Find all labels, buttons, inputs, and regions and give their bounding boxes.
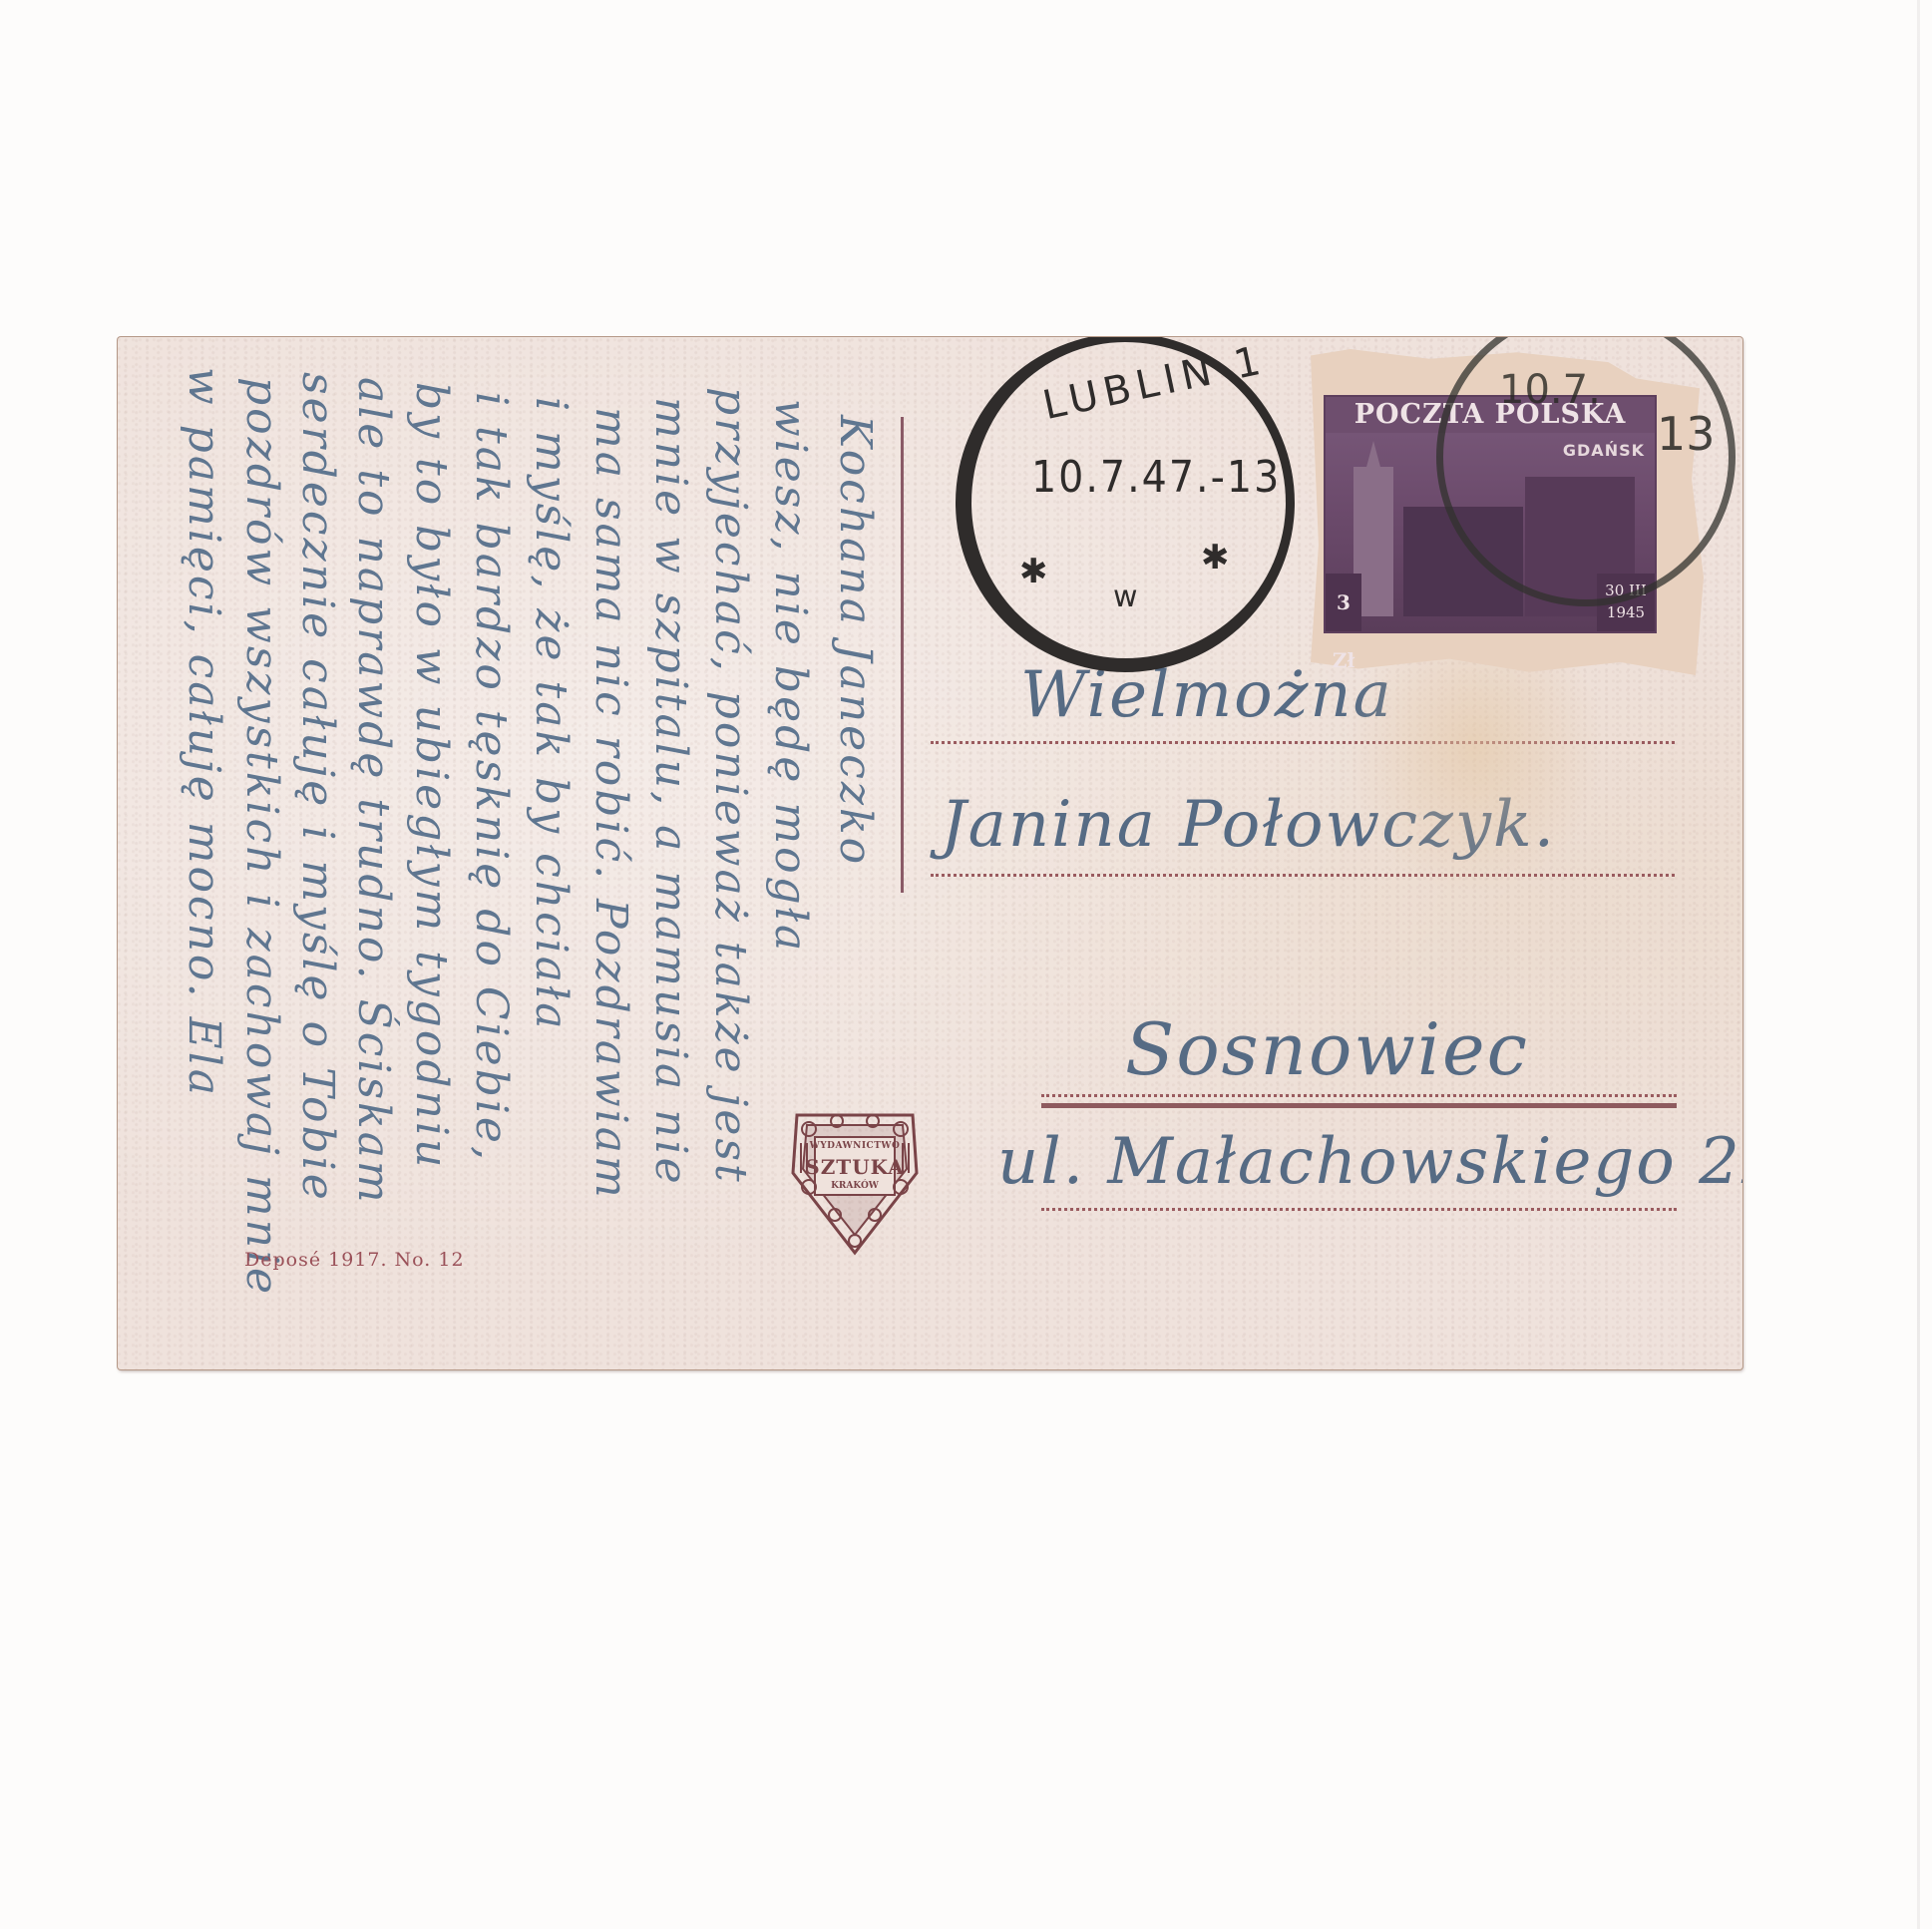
message-line: pozdrów wszystkich i zachowaj mnie [236, 377, 287, 1297]
message-line: mnie w szpitalu, a mamusia nie [645, 397, 696, 1187]
postmark-town: LUBLIN 1 [1039, 337, 1271, 429]
logo-publisher-name: SZTUKA [791, 1155, 919, 1179]
message-line: Kochana Janeczko [830, 415, 881, 867]
address-rule-3-solid [1041, 1103, 1677, 1108]
message-line: wiesz, nie będę mogła [765, 399, 816, 954]
message-line: ma sama nic robić. Pozdrawiam [585, 407, 636, 1201]
scanner-edge [1917, 0, 1920, 1929]
address-rule-4 [1041, 1208, 1677, 1211]
message-line: by to było w ubiegłym tygodniu [406, 382, 457, 1170]
address-city: Sosnowiec [1125, 1007, 1529, 1091]
address-street: ul. Małachowskiego 22/4. [997, 1125, 1742, 1199]
print-notice: Deposé 1917. No. 12 [244, 1249, 465, 1271]
message-line: ale to naprawdę trudno. Ściskam [348, 377, 399, 1206]
star-icon: ✱ [1019, 552, 1048, 591]
postmark-secondary-date: 10.7. [1499, 367, 1601, 413]
logo-publisher-label: WYDAWNICTWO [791, 1141, 919, 1151]
message-line: w pamięci, całuję mocno. Ela [179, 367, 229, 1098]
postmark-date: 10.7.47.-13 [1031, 452, 1281, 503]
divider-line [901, 417, 904, 893]
postcard: Kochana Janeczko wiesz, nie będę mogła p… [118, 337, 1742, 1369]
logo-publisher-city: KRAKÓW [791, 1181, 919, 1191]
message-line: i myślę, że tak by chciała [526, 397, 577, 1032]
star-icon: ✱ [1201, 538, 1230, 578]
postmark-circle: LUBLIN 1 10.7.47.-13 ✱ ✱ w [956, 337, 1295, 672]
message-line: serdecznie całuję i myślę o Tobie [292, 372, 343, 1203]
address-rule-3-dotted [1041, 1094, 1677, 1097]
message-line: przyjechać, ponieważ także jest [705, 387, 756, 1185]
stamp-value: 3 Zł [1326, 574, 1361, 631]
message-line: i tak bardzo tęsknię do Ciebie, [466, 392, 517, 1163]
postmark-bottom-mark: w [1113, 579, 1138, 614]
publisher-logo: WYDAWNICTWO SZTUKA KRAKÓW [791, 1103, 919, 1261]
address-rule-2 [931, 874, 1675, 877]
postmark-secondary-suffix: 13 [1657, 407, 1716, 461]
